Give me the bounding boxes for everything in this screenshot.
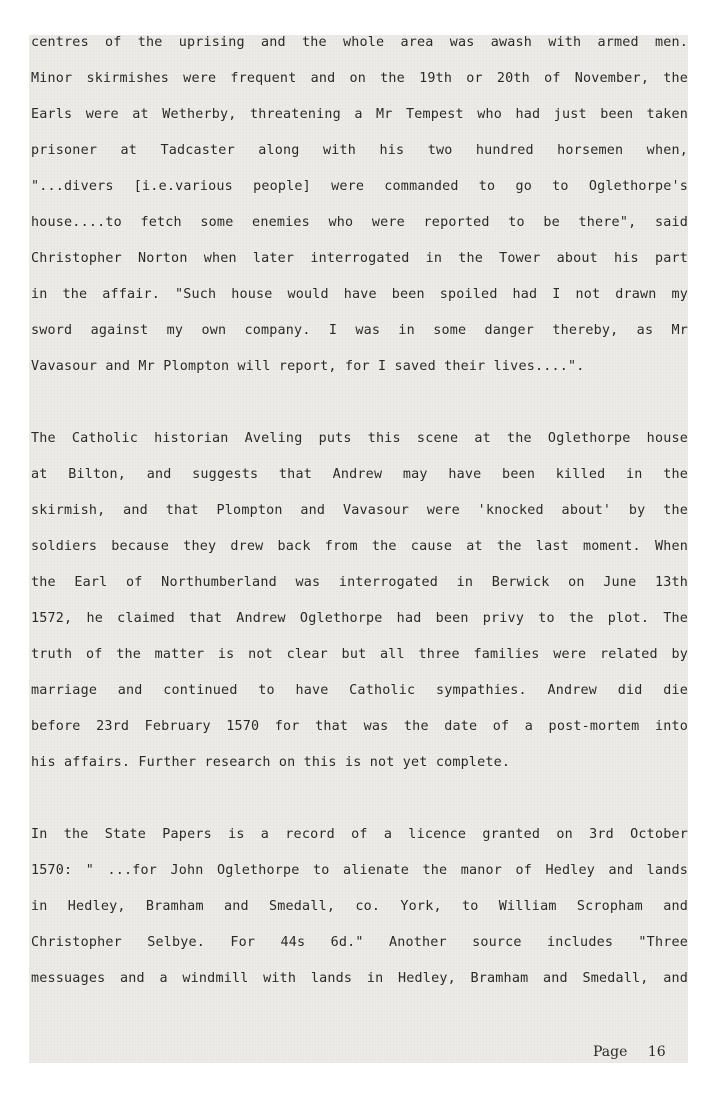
text-line: centres of the uprising and the whole ar… <box>31 34 688 70</box>
text-line: In the State Papers is a record of a lic… <box>31 826 688 862</box>
text-line: in Hedley, Bramham and Smedall, co. York… <box>31 898 688 934</box>
body-text: centres of the uprising and the whole ar… <box>31 34 688 1006</box>
paragraph: In the State Papers is a record of a lic… <box>31 826 688 1006</box>
text-line: before 23rd February 1570 for that was t… <box>31 718 688 754</box>
paragraph-gap <box>31 790 688 826</box>
text-line: soldiers because they drew back from the… <box>31 538 688 574</box>
text-line: truth of the matter is not clear but all… <box>31 646 688 682</box>
text-line: sword against my own company. I was in s… <box>31 322 688 358</box>
text-line: prisoner at Tadcaster along with his two… <box>31 142 688 178</box>
text-line: 1572, he claimed that Andrew Oglethorpe … <box>31 610 688 646</box>
paragraph: centres of the uprising and the whole ar… <box>31 34 688 394</box>
text-line: in the affair. "Such house would have be… <box>31 286 688 322</box>
page-label: Page <box>593 1044 627 1060</box>
paragraph-gap <box>31 394 688 430</box>
text-line: Minor skirmishes were frequent and on th… <box>31 70 688 106</box>
paragraph: The Catholic historian Aveling puts this… <box>31 430 688 790</box>
text-line: The Catholic historian Aveling puts this… <box>31 430 688 466</box>
text-line: messuages and a windmill with lands in H… <box>31 970 688 1006</box>
text-line: 1570: " ...for John Oglethorpe to aliena… <box>31 862 688 898</box>
text-line: Christopher Norton when later interrogat… <box>31 250 688 286</box>
text-line: skirmish, and that Plompton and Vavasour… <box>31 502 688 538</box>
page-number: 16 <box>648 1044 666 1060</box>
text-line: marriage and continued to have Catholic … <box>31 682 688 718</box>
text-line: Vavasour and Mr Plompton will report, fo… <box>31 358 688 394</box>
text-line: house....to fetch some enemies who were … <box>31 214 688 250</box>
text-line: at Bilton, and suggests that Andrew may … <box>31 466 688 502</box>
text-line: the Earl of Northumberland was interroga… <box>31 574 688 610</box>
text-line: Earls were at Wetherby, threatening a Mr… <box>31 106 688 142</box>
page-footer: Page 16 <box>593 1044 666 1060</box>
text-line: his affairs. Further research on this is… <box>31 754 688 790</box>
text-line: "...divers [i.e.various people] were com… <box>31 178 688 214</box>
text-line: Christopher Selbye. For 44s 6d." Another… <box>31 934 688 970</box>
